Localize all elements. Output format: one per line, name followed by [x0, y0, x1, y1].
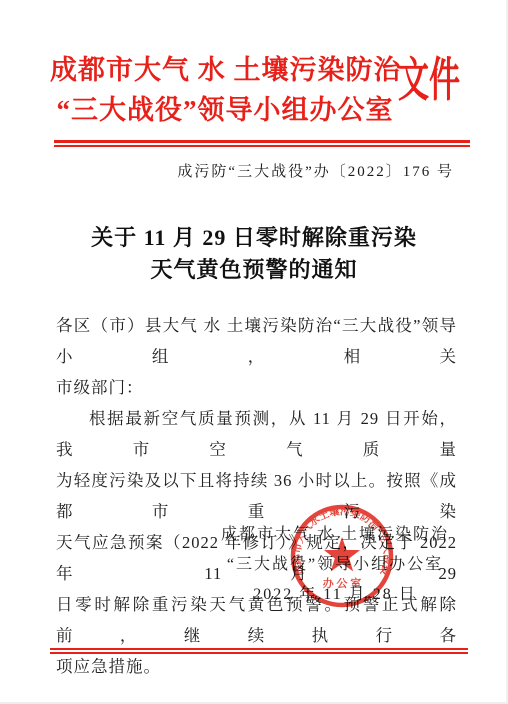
salutation-line: 各区（市）县大气 水 土壤污染防治“三大战役”领导小组，相关 [56, 310, 457, 372]
letterhead-divider-rule [54, 140, 470, 147]
signature-block: 成都市大气 水 土壤污染防治 “三大战役”领导小组办公室 2022 年 11 月… [205, 520, 465, 610]
signature-date: 2022 年 11 月 28 日 [205, 580, 465, 610]
document-body: 各区（市）县大气 水 土壤污染防治“三大战役”领导小组，相关 市级部门： 根据最… [56, 310, 457, 682]
signature-org-line1: 成都市大气 水 土壤污染防治 [205, 520, 465, 550]
body-line: 项应急措施。 [56, 651, 457, 682]
body-line: 根据最新空气质量预测，从 11 月 29 日开始，我市空气质量 [56, 403, 457, 465]
document-title-line2: 天气黄色预警的通知 [0, 254, 508, 286]
salutation-line: 市级部门： [56, 372, 457, 403]
document-title: 关于 11 月 29 日零时解除重污染 天气黄色预警的通知 [0, 222, 508, 286]
letterhead-doc-type: 文件 [398, 58, 460, 105]
document-title-line1: 关于 11 月 29 日零时解除重污染 [0, 222, 508, 254]
letterhead-org-line2: “三大战役”领导小组办公室 [50, 90, 400, 130]
footer-divider-rule [50, 648, 468, 654]
body-line: 为轻度污染及以下且将持续 36 小时以上。按照《成都市重污染 [56, 465, 457, 527]
official-document-page: 成都市大气 水 土壤污染防治 “三大战役”领导小组办公室 文件 成污防“三大战役… [0, 0, 508, 704]
letterhead-org-line1: 成都市大气 水 土壤污染防治 [50, 50, 400, 90]
document-number: 成污防“三大战役”办〔2022〕176 号 [177, 160, 454, 181]
signature-org-line2: “三大战役”领导小组办公室 [205, 550, 465, 580]
letterhead: 成都市大气 水 土壤污染防治 “三大战役”领导小组办公室 [50, 50, 400, 130]
